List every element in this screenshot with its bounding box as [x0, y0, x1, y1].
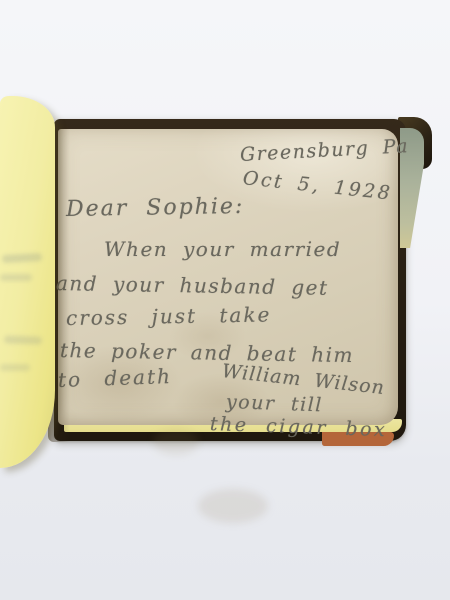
ghost-writing-mark: [0, 364, 30, 371]
page-stain: [153, 429, 199, 455]
ghost-writing-mark: [4, 335, 42, 344]
album-left-page: [0, 96, 55, 468]
ghost-writing-mark: [0, 274, 32, 281]
salutation-line: Dear Sophie:: [66, 194, 245, 222]
closing-line-1: your till: [226, 391, 324, 416]
verse-line-2: and your husband get: [56, 271, 329, 300]
photo-background: Greensburg Pa Oct 5, 1928 Dear Sophie: W…: [0, 0, 450, 600]
verse-line-1: When your married: [104, 237, 341, 261]
ghost-writing-mark: [2, 253, 42, 263]
page-stain: [198, 489, 268, 523]
verse-line-3: cross just take: [66, 302, 272, 330]
verse-line-4: the poker and beat him: [60, 338, 354, 367]
verse-line-5: to death: [58, 364, 173, 392]
